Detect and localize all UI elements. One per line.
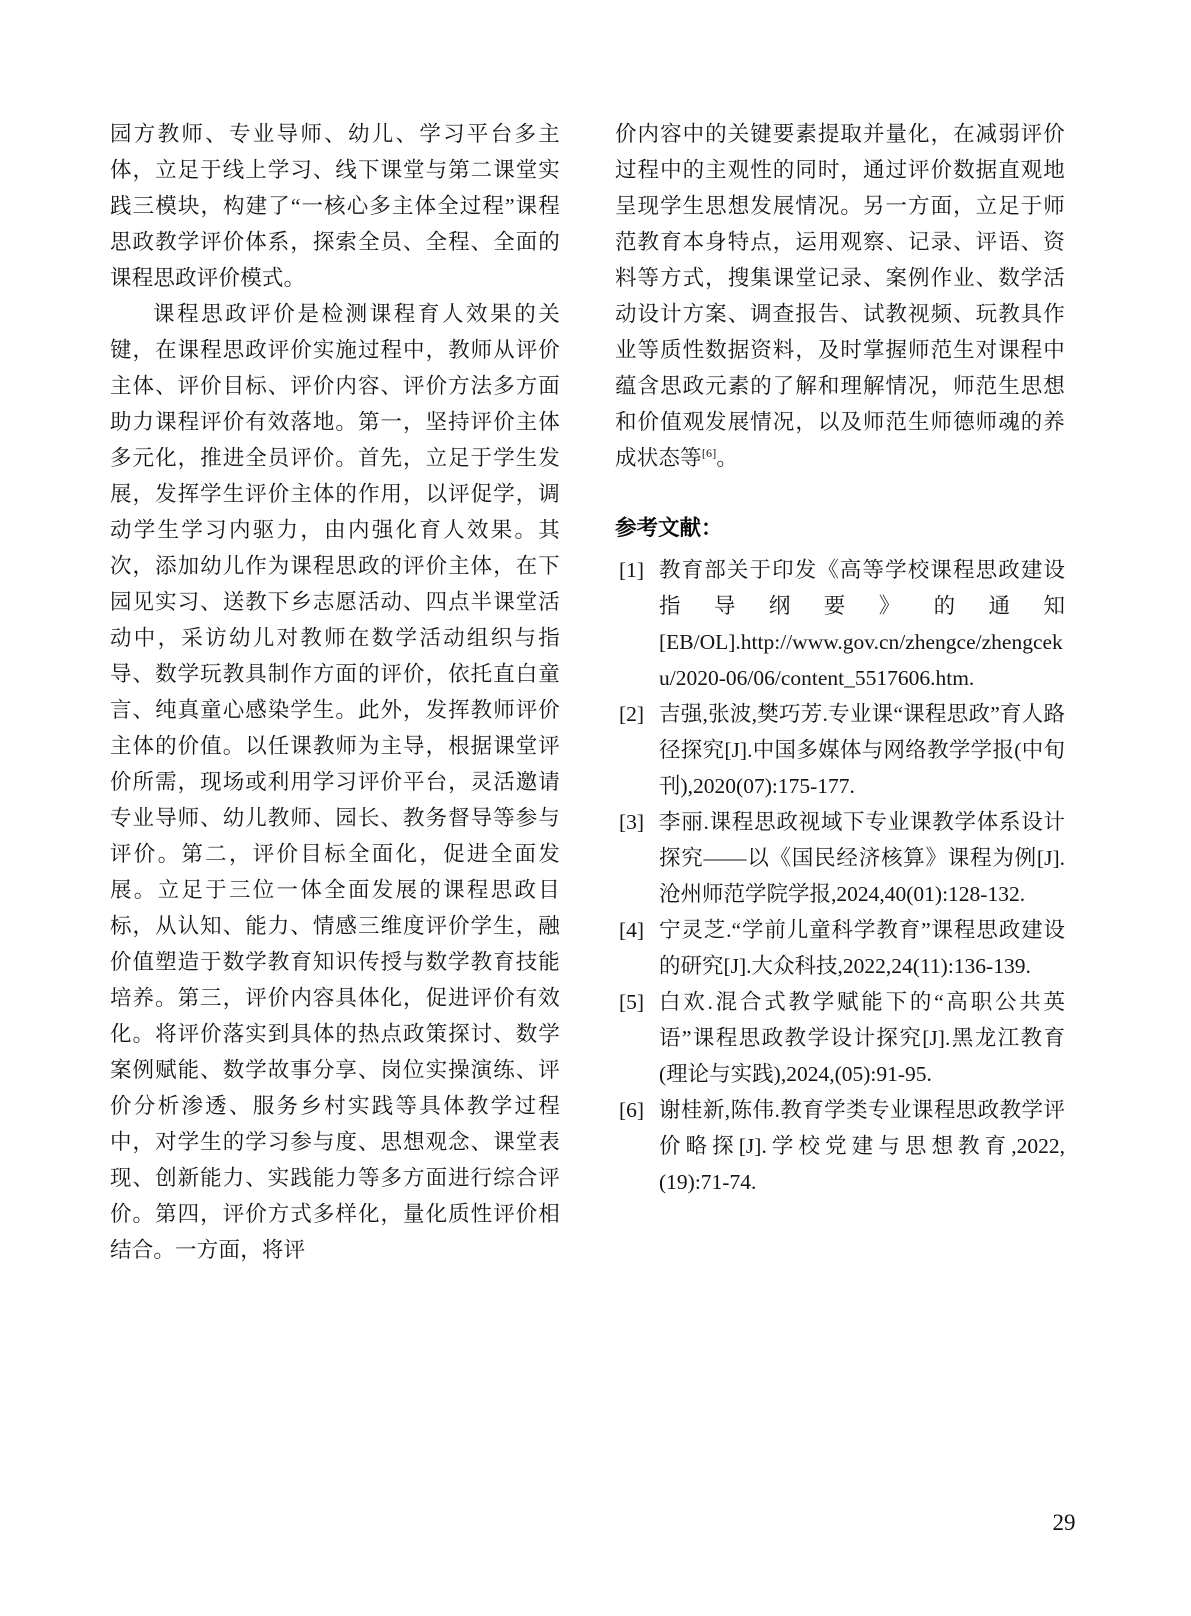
reference-text: 宁灵芝.“学前儿童科学教育”课程思政建设的研究[J].大众科技,2022,24(… bbox=[659, 912, 1065, 984]
body-paragraph-1: 园方教师、专业导师、幼儿、学习平台多主体，立足于线上学习、线下课堂与第二课堂实践… bbox=[110, 116, 560, 296]
reference-item: [3] 李丽.课程思政视域下专业课教学体系设计探究——以《国民经济核算》课程为例… bbox=[615, 804, 1065, 912]
reference-item: [5] 白欢.混合式教学赋能下的“高职公共英语”课程思政教学设计探究[J].黑龙… bbox=[615, 984, 1065, 1092]
reference-item: [2] 吉强,张波,樊巧芳.专业课“课程思政”育人路径探究[J].中国多媒体与网… bbox=[615, 696, 1065, 804]
reference-item: [6] 谢桂新,陈伟.教育学类专业课程思政教学评价略探[J].学校党建与思想教育… bbox=[615, 1092, 1065, 1200]
reference-item: [1] 教育部关于印发《高等学校课程思政建设指导纲要》的通知[EB/OL].ht… bbox=[615, 552, 1065, 696]
left-column: 园方教师、专业导师、幼儿、学习平台多主体，立足于线上学习、线下课堂与第二课堂实践… bbox=[110, 116, 560, 1268]
reference-text: 教育部关于印发《高等学校课程思政建设指导纲要》的通知[EB/OL].http:/… bbox=[659, 552, 1065, 696]
citation-superscript: [6] bbox=[702, 446, 717, 460]
reference-label: [3] bbox=[615, 804, 659, 912]
reference-label: [2] bbox=[615, 696, 659, 804]
reference-text: 吉强,张波,樊巧芳.专业课“课程思政”育人路径探究[J].中国多媒体与网络教学学… bbox=[659, 696, 1065, 804]
reference-item: [4] 宁灵芝.“学前儿童科学教育”课程思政建设的研究[J].大众科技,2022… bbox=[615, 912, 1065, 984]
paragraph-end-punctuation: 。 bbox=[716, 446, 738, 470]
reference-text: 李丽.课程思政视域下专业课教学体系设计探究——以《国民经济核算》课程为例[J].… bbox=[659, 804, 1065, 912]
reference-label: [1] bbox=[615, 552, 659, 696]
reference-text: 白欢.混合式教学赋能下的“高职公共英语”课程思政教学设计探究[J].黑龙江教育(… bbox=[659, 984, 1065, 1092]
page-number: 29 bbox=[1038, 1508, 1090, 1538]
right-column: 价内容中的关键要素提取并量化，在减弱评价过程中的主观性的同时，通过评价数据直观地… bbox=[615, 116, 1065, 1268]
reference-text: 谢桂新,陈伟.教育学类专业课程思政教学评价略探[J].学校党建与思想教育,202… bbox=[659, 1092, 1065, 1200]
references-list: [1] 教育部关于印发《高等学校课程思政建设指导纲要》的通知[EB/OL].ht… bbox=[615, 552, 1065, 1200]
page-body: 园方教师、专业导师、幼儿、学习平台多主体，立足于线上学习、线下课堂与第二课堂实践… bbox=[110, 116, 1065, 1268]
body-paragraph-2: 课程思政评价是检测课程育人效果的关键，在课程思政评价实施过程中，教师从评价主体、… bbox=[110, 296, 560, 1268]
reference-label: [6] bbox=[615, 1092, 659, 1200]
body-paragraph-3: 价内容中的关键要素提取并量化，在减弱评价过程中的主观性的同时，通过评价数据直观地… bbox=[615, 116, 1065, 476]
reference-label: [5] bbox=[615, 984, 659, 1092]
paragraph-text: 价内容中的关键要素提取并量化，在减弱评价过程中的主观性的同时，通过评价数据直观地… bbox=[615, 122, 1065, 470]
reference-label: [4] bbox=[615, 912, 659, 984]
references-heading: 参考文献： bbox=[615, 510, 1065, 546]
